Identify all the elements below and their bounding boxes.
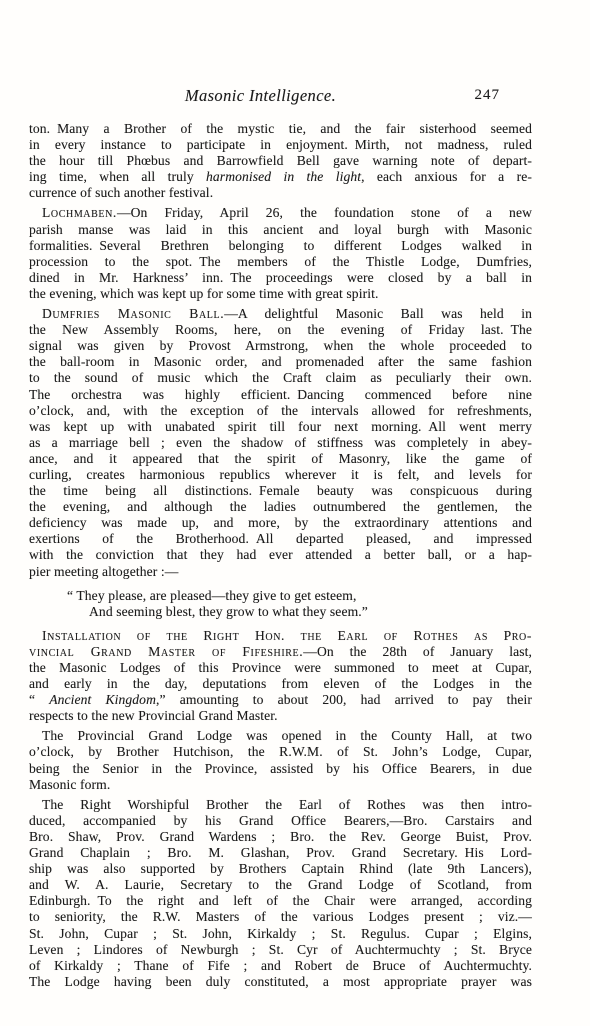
text-block: Masonic Intelligence. 247 ton. Many a Br… [29, 86, 532, 990]
text-segment: the time being all distinctions. Female … [29, 483, 532, 498]
text-segment: The Lodge having been duly constituted, … [29, 974, 532, 989]
text-line: Installation of the Right Hon. the Earl … [29, 628, 532, 644]
text-line: the hour till Phœbus and Barrowfield Bel… [29, 153, 532, 169]
text-segment: ,” amounting to about 200, had arrived t… [156, 692, 532, 707]
text-segment: with the conviction that they had ever a… [29, 547, 532, 562]
text-line: Lochmaben.—On Friday, April 26, the foun… [29, 205, 532, 221]
text-line: Edinburgh. To the right and left of the … [29, 893, 532, 909]
text-segment: the ball-room in Masonic order, and prom… [29, 354, 532, 369]
text-segment: Leven ; Lindores of Newburgh ; St. Cyr o… [29, 942, 532, 957]
text-segment: ance, and it appeared that the spirit of… [29, 451, 532, 466]
text-line: duced, accompanied by his Grand Office B… [29, 813, 532, 829]
text-line: the New Assembly Rooms, here, on the eve… [29, 322, 532, 338]
text-segment: “ They please, are pleased—they give to … [67, 588, 356, 603]
text-line: The orchestra was highly efficient. Danc… [29, 387, 532, 403]
text-line: exertions of the Brotherhood. All depart… [29, 531, 532, 547]
text-segment: , each anxious for a re- [361, 169, 532, 184]
text-segment: Edinburgh. To the right and left of the … [29, 893, 532, 908]
text-line: “ Ancient Kingdom,” amounting to about 2… [29, 692, 532, 708]
text-line: procession to the spot. The members of t… [29, 254, 532, 270]
text-line: pier meeting altogether :— [29, 564, 532, 580]
paragraph-continuation: ton. Many a Brother of the mystic tie, a… [29, 121, 532, 201]
text-segment: in every instance to participate in enjo… [29, 137, 532, 152]
paragraph-installation-rothes: Installation of the Right Hon. the Earl … [29, 628, 532, 725]
text-line: the time being all distinctions. Female … [29, 483, 532, 499]
text-line: vincial Grand Master of Fifeshire.—On th… [29, 644, 532, 660]
text-segment: o’clock, and, with the exception of the … [29, 403, 532, 418]
text-line: formalities. Several Brethren belonging … [29, 238, 532, 254]
text-line: ing time, when all truly harmonised in t… [29, 169, 532, 185]
text-line: to the sound of music which the Craft cl… [29, 370, 532, 386]
text-line: and early in the day, deputations from e… [29, 676, 532, 692]
text-segment: currence of such another festival. [29, 185, 213, 200]
text-segment: —On the 28th of January last, [303, 644, 532, 659]
text-line: of Kirkaldy ; Thane of Fife ; and Robert… [29, 958, 532, 974]
text-segment: the evening, which was kept up for some … [29, 286, 378, 301]
text-line: Bro. Shaw, Prov. Grand Wardens ; Bro. th… [29, 829, 532, 845]
text-segment: procession to the spot. The members of t… [29, 254, 532, 269]
text-segment: curling, creates harmonious republics wh… [29, 467, 532, 482]
text-line: being the Senior in the Province, assist… [29, 761, 532, 777]
text-line: The Lodge having been duly constituted, … [29, 974, 532, 990]
paragraph-lochmaben: Lochmaben.—On Friday, April 26, the foun… [29, 205, 532, 302]
text-line: ance, and it appeared that the spirit of… [29, 451, 532, 467]
text-line: with the conviction that they had ever a… [29, 547, 532, 563]
smallcaps-lead: Dumfries Masonic Ball. [42, 306, 224, 321]
text-segment: was kept up with unabated spirit till fo… [29, 419, 532, 434]
text-segment: being the Senior in the Province, assist… [29, 761, 532, 776]
text-segment: parish manse was laid in this ancient an… [29, 222, 532, 237]
text-line: the evening, which was kept up for some … [29, 286, 532, 302]
text-segment: the hour till Phœbus and Barrowfield Bel… [29, 153, 532, 168]
text-segment: Masonic form. [29, 777, 110, 792]
text-line: the Masonic Lodges of this Province were… [29, 660, 532, 676]
page-header: Masonic Intelligence. 247 [29, 86, 532, 108]
text-line: Masonic form. [29, 777, 532, 793]
text-segment: the Masonic Lodges of this Province were… [29, 660, 532, 675]
text-line: was kept up with unabated spirit till fo… [29, 419, 532, 435]
text-line: respects to the new Provincial Grand Mas… [29, 708, 532, 724]
text-line: And seeming blest, they grow to what the… [29, 604, 532, 620]
text-line: Dumfries Masonic Ball.—A delightful Maso… [29, 306, 532, 322]
text-line: parish manse was laid in this ancient an… [29, 222, 532, 238]
text-segment: Grand Chaplain ; Bro. M. Glashan, Prov. … [29, 845, 532, 860]
text-line: St. John, Cupar ; St. John, Kirkaldy ; S… [29, 926, 532, 942]
text-segment: of Kirkaldy ; Thane of Fife ; and Robert… [29, 958, 532, 973]
text-segment: formalities. Several Brethren belonging … [29, 238, 532, 253]
text-line: currence of such another festival. [29, 185, 532, 201]
text-line: Leven ; Lindores of Newburgh ; St. Cyr o… [29, 942, 532, 958]
running-title: Masonic Intelligence. [29, 86, 492, 106]
text-segment: ton. Many a Brother of the mystic tie, a… [29, 121, 532, 136]
text-line: curling, creates harmonious republics wh… [29, 467, 532, 483]
text-line: signal was given by Provost Armstrong, w… [29, 338, 532, 354]
text-segment: deficiency was made up, and more, by the… [29, 515, 532, 530]
smallcaps-lead: Lochmaben. [42, 205, 117, 220]
scanned-page: Masonic Intelligence. 247 ton. Many a Br… [0, 0, 590, 1026]
text-line: dined in Mr. Harkness’ inn. The proceedi… [29, 270, 532, 286]
text-line: ton. Many a Brother of the mystic tie, a… [29, 121, 532, 137]
text-segment: to seniority, the R.W. Masters of the va… [29, 909, 532, 924]
text-line: “ They please, are pleased—they give to … [29, 588, 532, 604]
text-line: and W. A. Laurie, Secretary to the Grand… [29, 877, 532, 893]
text-segment: as a marriage bell ; even the shadow of … [29, 435, 532, 450]
page-number: 247 [475, 87, 501, 104]
text-segment: the New Assembly Rooms, here, on the eve… [29, 322, 532, 337]
text-segment: Bro. Shaw, Prov. Grand Wardens ; Bro. th… [29, 829, 532, 844]
text-segment: duced, accompanied by his Grand Office B… [29, 813, 532, 828]
text-line: o’clock, and, with the exception of the … [29, 403, 532, 419]
text-segment: to the sound of music which the Craft cl… [29, 370, 532, 385]
text-line: The Provincial Grand Lodge was opened in… [29, 728, 532, 744]
text-line: ship was also supported by Brothers Capt… [29, 861, 532, 877]
paragraph-provincial-grand-lodge: The Provincial Grand Lodge was opened in… [29, 728, 532, 792]
text-line: as a marriage bell ; even the shadow of … [29, 435, 532, 451]
text-segment: St. John, Cupar ; St. John, Kirkaldy ; S… [29, 926, 532, 941]
text-line: o’clock, by Brother Hutchison, the R.W.M… [29, 744, 532, 760]
text-segment: The Right Worshipful Brother the Earl of… [42, 797, 532, 812]
paragraph-earl-introduced: The Right Worshipful Brother the Earl of… [29, 797, 532, 990]
text-line: deficiency was made up, and more, by the… [29, 515, 532, 531]
text-line: the ball-room in Masonic order, and prom… [29, 354, 532, 370]
text-segment: the evening, and although the ladies out… [29, 499, 532, 514]
page-body: ton. Many a Brother of the mystic tie, a… [29, 121, 532, 990]
text-segment: ship was also supported by Brothers Capt… [29, 861, 532, 876]
text-segment: The orchestra was highly efficient. Danc… [29, 387, 532, 402]
text-segment: ing time, when all truly [29, 169, 206, 184]
text-segment: exertions of the Brotherhood. All depart… [29, 531, 532, 546]
text-segment: —A delightful Masonic Ball was held in [224, 306, 532, 321]
text-segment: And seeming blest, they grow to what the… [89, 604, 368, 619]
text-line: The Right Worshipful Brother the Earl of… [29, 797, 532, 813]
text-segment: respects to the new Provincial Grand Mas… [29, 708, 278, 723]
text-segment: “ [29, 692, 49, 707]
text-line: to seniority, the R.W. Masters of the va… [29, 909, 532, 925]
text-segment: pier meeting altogether :— [29, 564, 178, 579]
text-segment: and early in the day, deputations from e… [29, 676, 532, 691]
italic-text: harmonised in the light [206, 169, 361, 184]
text-segment: —On Friday, April 26, the foundation sto… [117, 205, 532, 220]
verse-quote: “ They please, are pleased—they give to … [29, 588, 532, 620]
text-line: in every instance to participate in enjo… [29, 137, 532, 153]
smallcaps-lead: vincial Grand Master of Fifeshire. [29, 644, 303, 659]
text-line: Grand Chaplain ; Bro. M. Glashan, Prov. … [29, 845, 532, 861]
text-segment: o’clock, by Brother Hutchison, the R.W.M… [29, 744, 532, 759]
text-segment: The Provincial Grand Lodge was opened in… [42, 728, 532, 743]
smallcaps-lead: Installation of the Right Hon. the Earl … [42, 628, 532, 643]
text-segment: and W. A. Laurie, Secretary to the Grand… [29, 877, 532, 892]
text-segment: dined in Mr. Harkness’ inn. The proceedi… [29, 270, 532, 285]
text-line: the evening, and although the ladies out… [29, 499, 532, 515]
paragraph-dumfries-masonic-ball: Dumfries Masonic Ball.—A delightful Maso… [29, 306, 532, 580]
italic-text: Ancient Kingdom [49, 692, 156, 707]
text-segment: signal was given by Provost Armstrong, w… [29, 338, 532, 353]
